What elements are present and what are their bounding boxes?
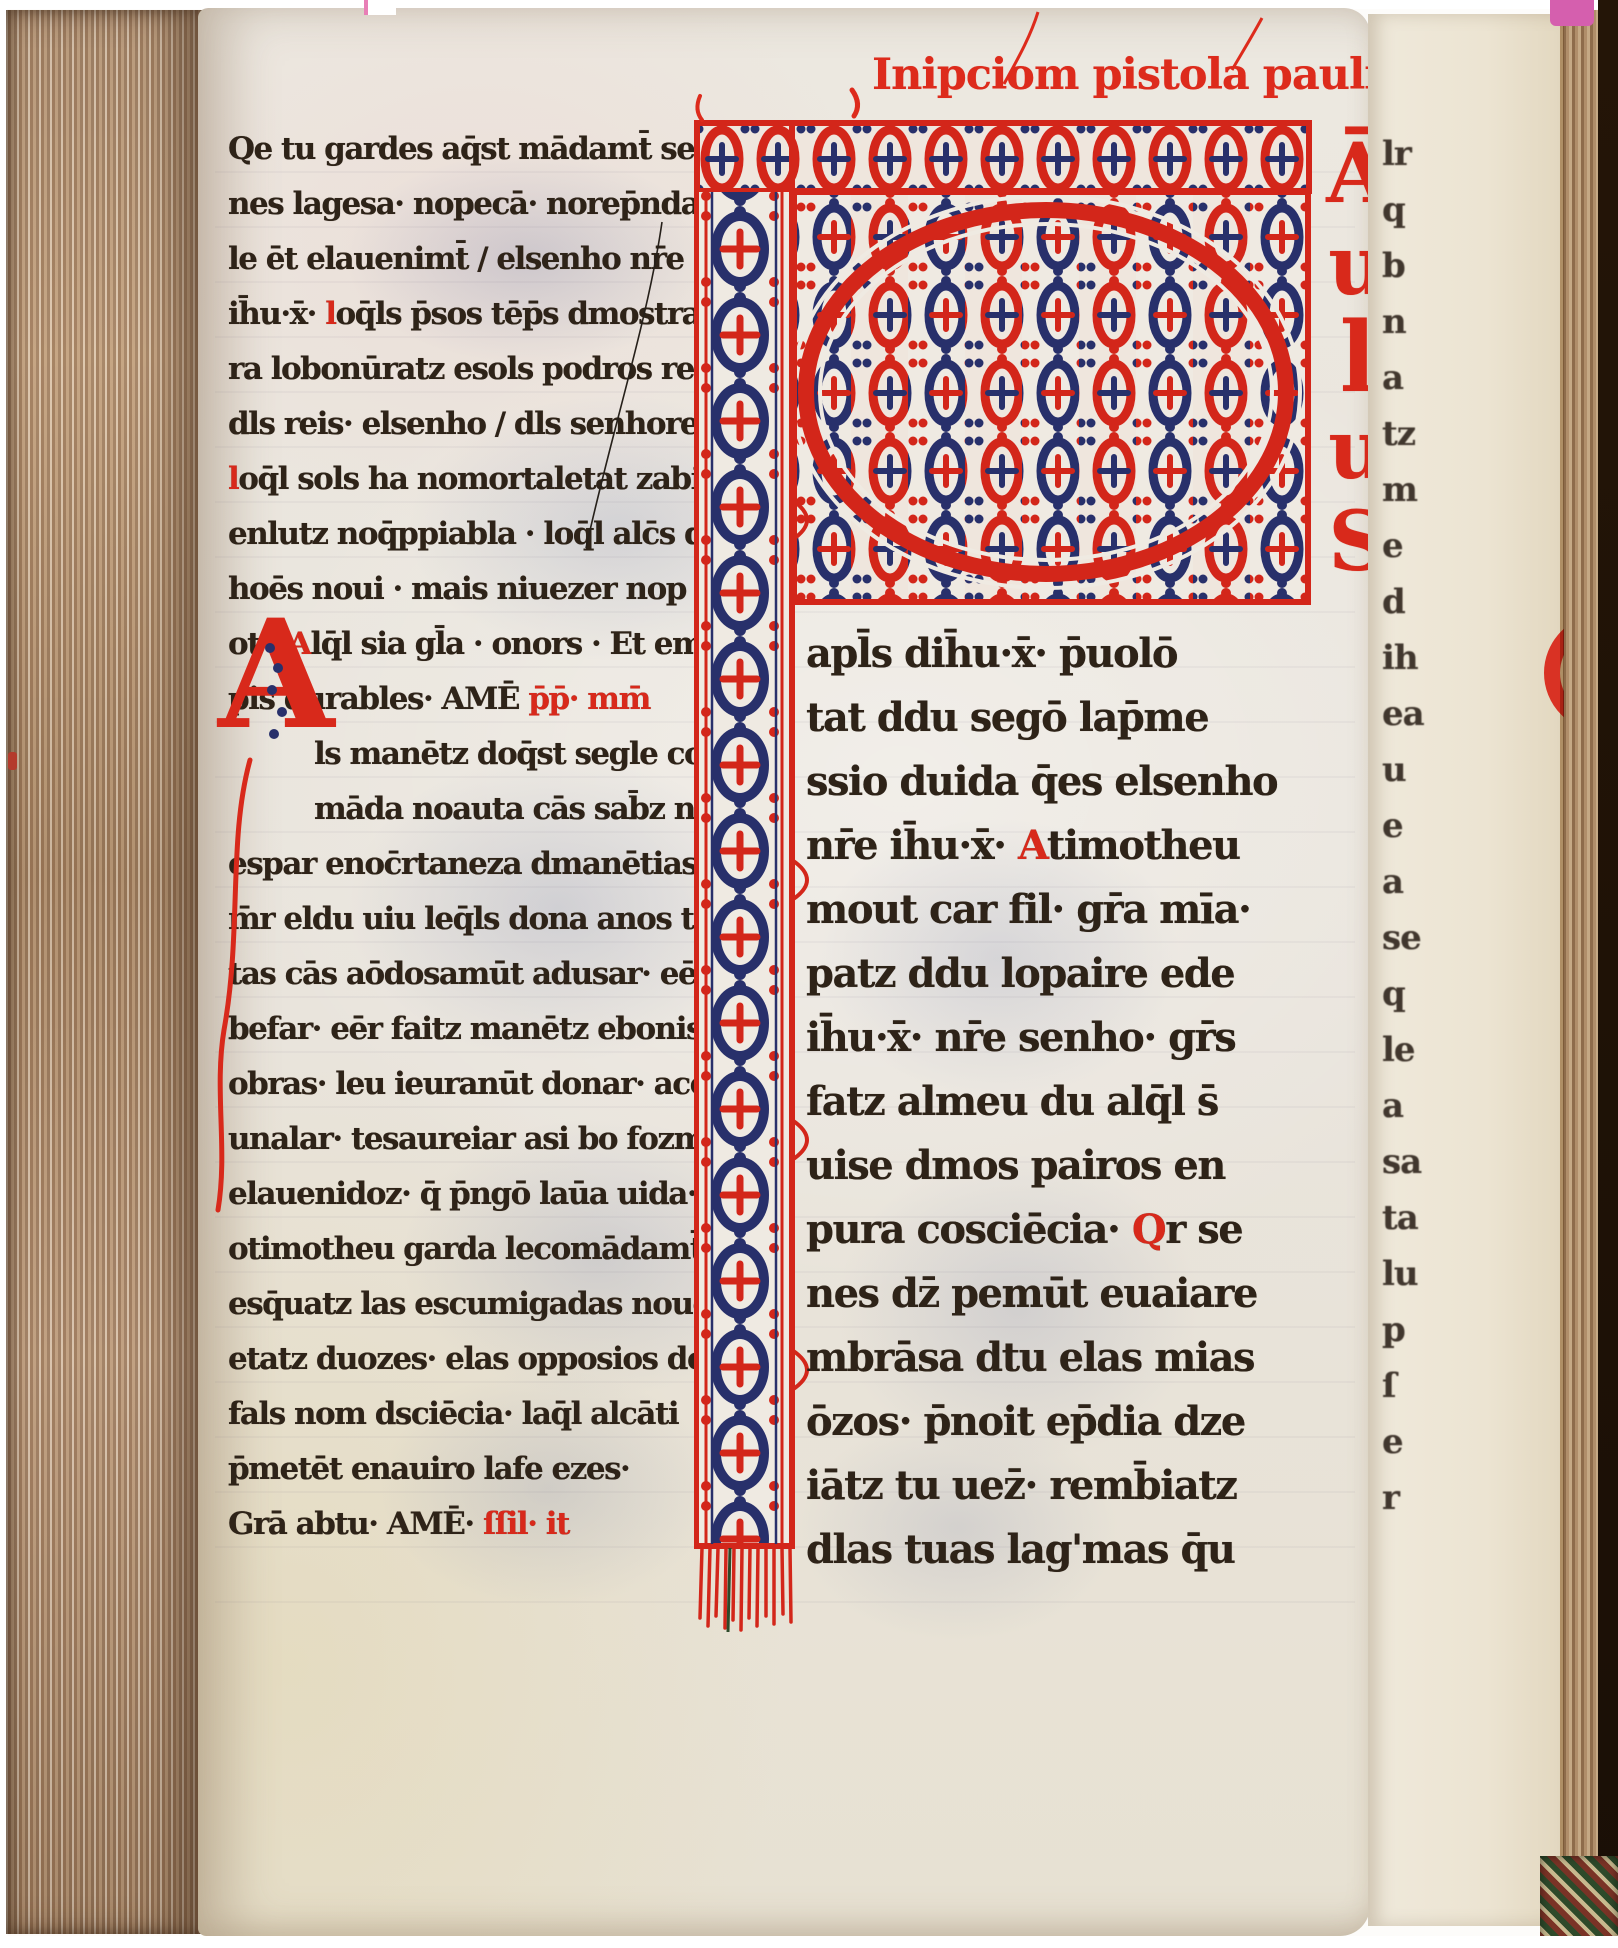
text-line: ra lobonūratz esols podros reis	[228, 342, 698, 397]
text-line: loq̄l sols ha nomortaletat zabit̄	[228, 452, 698, 507]
list-item: lu	[1382, 1254, 1552, 1310]
text-line: iātz tu uez̄· remb̄iatz	[806, 1454, 1318, 1518]
text-line: dlas tuas lag'mas q̄u	[806, 1518, 1318, 1582]
text-line: tat ddu segō lap̄me	[806, 686, 1318, 750]
text-line: ōzos· p̄noit ep̄dia dze	[806, 1390, 1318, 1454]
headband-textile	[1540, 1856, 1618, 1948]
photo-border-bottom	[0, 1936, 1618, 1948]
text-line: uise dmos pairos en	[806, 1134, 1318, 1198]
list-item: le	[1382, 1030, 1552, 1086]
bowl-pattern	[794, 192, 1308, 602]
fore-edge-pages	[1560, 10, 1602, 1938]
list-item: q	[1382, 190, 1552, 246]
text-line: unalar· tesaureiar asi bo fozmt̄	[228, 1112, 698, 1167]
list-item: q	[1382, 974, 1552, 1030]
text-line: fals nom dsciēcia· laq̄l alcāti	[228, 1387, 698, 1442]
list-item: b	[1382, 246, 1552, 302]
list-item: ſ	[1382, 1366, 1552, 1422]
text-line: etatz duozes· elas opposios de	[228, 1332, 698, 1387]
list-item: m	[1382, 470, 1552, 526]
next-page-edge: lrqbnatzmediheaueaseqleasatalupſer	[1368, 14, 1564, 1926]
text-line: elauenidoz· q̄ p̄ngō laūa uida·	[228, 1167, 698, 1222]
stem-fringe	[700, 1548, 791, 1630]
text-line: tas cās aōdosamūt adusar· eēnba	[228, 947, 698, 1002]
text-line: mout car fil· gr̄a mīa·	[806, 878, 1318, 942]
list-item: r	[1382, 1478, 1552, 1534]
list-item: lr	[1382, 134, 1552, 190]
manuscript-photo: Inipciom pistola pauli Qe tu gardes aq̄s…	[0, 0, 1618, 1948]
list-item: ih	[1382, 638, 1552, 694]
list-item: e	[1382, 1422, 1552, 1478]
text-line: m̄r eldu uiu leq̄ls dona anos to	[228, 892, 698, 947]
text-line: ih̄u·x̄· nr̄e senho· gr̄s	[806, 1006, 1318, 1070]
text-line: enlutz noq̄ppiabla · loq̄l alc̄s dls	[228, 507, 698, 562]
text-line: ssio duida q̄es elsenho	[806, 750, 1318, 814]
text-line: esq̄uatz las escumigadas nouel	[228, 1277, 698, 1332]
text-line: patz ddu lopaire ede	[806, 942, 1318, 1006]
text-line: p̄metēt enauiro lafe ezes·	[228, 1442, 698, 1497]
text-line: le ēt elauenimt̄ / elsenho nr̄e	[228, 232, 698, 287]
text-line: mbrāsa dtu elas mias	[806, 1326, 1318, 1390]
list-item: se	[1382, 918, 1552, 974]
list-item: n	[1382, 302, 1552, 358]
text-line: nes dz̄ pemūt euaiare	[806, 1262, 1318, 1326]
pink-marker-sliver	[1550, 0, 1594, 26]
list-item: a	[1382, 862, 1552, 918]
text-line: Qe tu gardes aq̄st mādamt̄ se	[228, 122, 698, 177]
list-item: tz	[1382, 414, 1552, 470]
rubric-incipit: Inipciom pistola pauli	[872, 54, 1412, 97]
text-line: Grā abtu· AMĒ· ſſil· it	[228, 1497, 698, 1552]
text-line: nr̄e ih̄u·x̄· Atimotheu	[806, 814, 1318, 878]
text-line: nes lagesa· nopecā· norep̄ndab	[228, 177, 698, 232]
list-item: ea	[1382, 694, 1552, 750]
book-gutter-page-edges	[6, 10, 202, 1934]
list-item: e	[1382, 806, 1552, 862]
list-item: ta	[1382, 1198, 1552, 1254]
next-page-text-fragments: lrqbnatzmediheaueaseqleasatalupſer	[1382, 134, 1552, 1534]
text-line: māda noauta cās sab̄z ni	[228, 782, 698, 837]
text-line: pura cosciēcia· Qr se	[806, 1198, 1318, 1262]
list-item: sa	[1382, 1142, 1552, 1198]
left-text-column: Qe tu gardes aq̄st mādamt̄ senes lagesa…	[228, 122, 698, 1552]
list-item: p	[1382, 1310, 1552, 1366]
initial-A-glyph: A	[218, 587, 334, 763]
marginal-initial-A: A	[218, 600, 328, 790]
spine-red-mark	[8, 752, 17, 770]
right-text-column: apl̄s dih̄u·x̄· p̄uolōtat ddu segō lap…	[806, 622, 1318, 1582]
top-edge-notch	[364, 0, 396, 15]
list-item: u	[1382, 750, 1552, 806]
text-line: befar· eēr faitz manētz ebonis	[228, 1002, 698, 1057]
text-line: fatz almeu du alq̄l s̄	[806, 1070, 1318, 1134]
list-item: a	[1382, 358, 1552, 414]
list-item: a	[1382, 1086, 1552, 1142]
text-line: apl̄s dih̄u·x̄· p̄uolō	[806, 622, 1318, 686]
text-line: obras· leu ieuranūt donar· acom	[228, 1057, 698, 1112]
text-line: otimotheu garda lecomādamt̄	[228, 1222, 698, 1277]
text-line: espar enoc̄rtaneza dmanētias·	[228, 837, 698, 892]
list-item: e	[1382, 526, 1552, 582]
text-line: ih̄u·x̄· loq̄ls p̄sos tēp̄s dmostra	[228, 287, 698, 342]
list-item: d	[1382, 582, 1552, 638]
text-line: dls reis· elsenho / dls senhoreiatz ·	[228, 397, 698, 452]
binding-board	[1598, 0, 1618, 1948]
